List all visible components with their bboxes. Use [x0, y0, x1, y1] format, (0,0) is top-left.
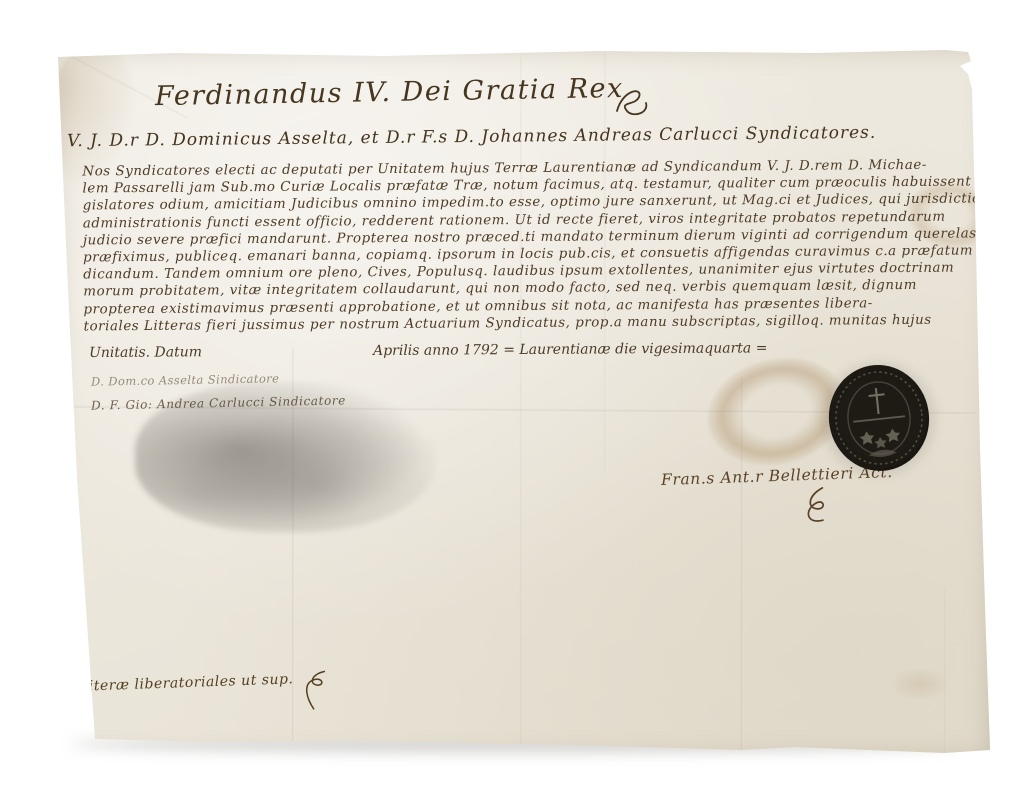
signature-syndic-asselta: D. Dom.co Asselta Sindicatore [91, 371, 280, 388]
dateline-right: Aprilis anno 1792 = Laurentianæ die vige… [373, 340, 767, 359]
dateline: Unitatis. Datum Aprilis anno 1792 = Laur… [83, 339, 963, 345]
photo-background: Ferdinandus IV. Dei Gratia Rex V. J. D.r… [0, 0, 1027, 800]
heading-flourish-icon [613, 85, 659, 119]
salutation-line: V. J. D.r D. Dominicus Asselta, et D.r F… [67, 123, 876, 151]
parchment-sheet: Ferdinandus IV. Dei Gratia Rex V. J. D.r… [55, 47, 991, 759]
fold-crease-vertical-4 [741, 377, 744, 749]
wax-seal [819, 357, 938, 480]
body-text-block: Nos Syndicatores electi ac deputati per … [82, 158, 963, 337]
docket-flourish-icon [300, 668, 333, 714]
dateline-left: Unitatis. Datum [89, 344, 202, 361]
signature-flourish-icon [792, 484, 839, 529]
fold-crease-vertical-5 [944, 587, 947, 752]
age-stain-bottom-right [890, 667, 950, 701]
docket-note: Literæ liberatoriales ut sup. [79, 671, 294, 694]
document-heading: Ferdinandus IV. Dei Gratia Rex [155, 73, 624, 112]
